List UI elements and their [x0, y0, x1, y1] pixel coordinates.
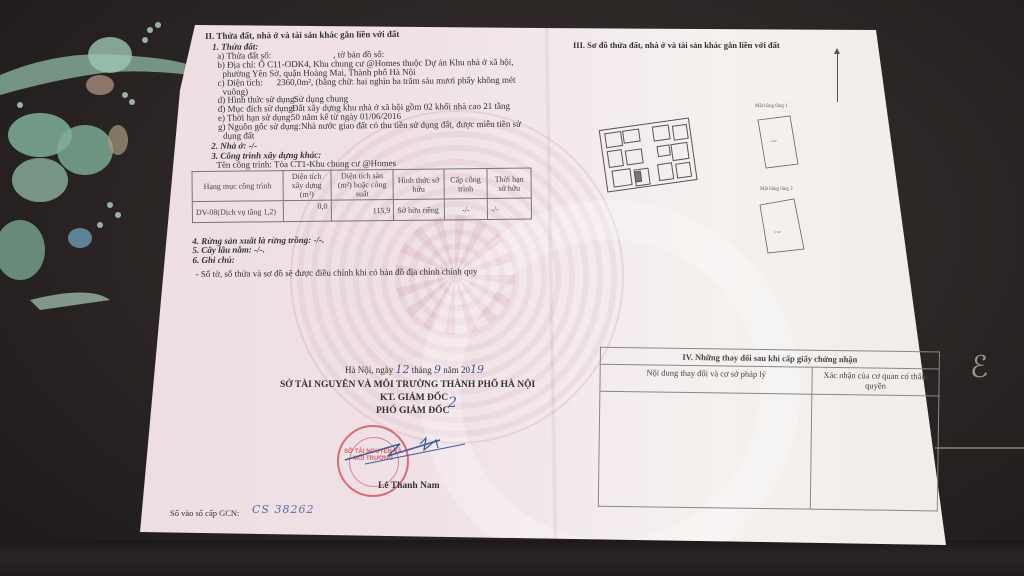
- signature: [340, 430, 470, 470]
- works-header-cell: Diện tích xây dựng (m²): [283, 170, 331, 201]
- changes-header-confirmation: Xác nhận của cơ quan có thẩm quyền: [812, 367, 939, 396]
- section-ii-title: II. Thửa đất, nhà ở và tài sản khác gắn …: [205, 29, 399, 41]
- works-cell: 0,0: [283, 200, 331, 222]
- north-arrow-icon: [837, 52, 838, 102]
- year-label: năm 20: [443, 365, 470, 375]
- works-table-header: Hạng mục công trình Diện tích xây dựng (…: [192, 168, 531, 202]
- building-floor-plan: [598, 112, 703, 197]
- changes-content-cell: [598, 391, 812, 509]
- signing-day: 12: [396, 363, 410, 376]
- works-cell: 115,9: [331, 199, 394, 221]
- signer-title: PHÓ GIÁM ĐỐC: [376, 406, 449, 416]
- issuing-authority: SỞ TÀI NGUYÊN VÀ MÔI TRƯỜNG THÀNH PHỐ HÀ…: [280, 380, 535, 390]
- works-header-cell: Hạng mục công trình: [192, 171, 283, 202]
- signing-year-suffix: 19: [470, 363, 484, 376]
- perennial-line: 5. Cây lâu năm: -/-.: [192, 244, 265, 255]
- table-ornament-icon: ℰ: [970, 350, 988, 385]
- works-table: Hạng mục công trình Diện tích xây dựng (…: [191, 168, 532, 224]
- notes-heading: 6. Ghi chú:: [192, 255, 234, 265]
- changes-table: IV. Những thay đổi sau khi cấp giấy chứn…: [598, 347, 940, 512]
- svg-text:2.4m²: 2.4m²: [770, 139, 777, 143]
- works-header-cell: Diện tích sàn (m²) hoặc công suất: [331, 169, 394, 200]
- plan-label-floor-1: Mặt bằng tầng 1: [755, 102, 788, 112]
- table-edge-line: [935, 447, 1024, 449]
- svg-text:2.5m²: 2.5m²: [774, 230, 781, 234]
- house-line: 2. Nhà ở: -/-: [211, 140, 257, 150]
- signer-name: Lê Thanh Nam: [378, 481, 440, 491]
- changes-confirmation-cell: [810, 394, 939, 511]
- works-cell: DV-08(Dịch vụ tầng 1,2): [192, 201, 283, 223]
- works-cell: -/-: [488, 198, 532, 219]
- month-label: tháng: [412, 365, 432, 375]
- floor-2-plan: 2.5m²: [752, 195, 807, 255]
- signing-month: 9: [434, 363, 441, 376]
- works-cell: Sở hữu riêng: [394, 199, 444, 221]
- changes-table-empty-row: [598, 391, 939, 511]
- register-number: CS 38262: [252, 505, 314, 515]
- register-label: Số vào sổ cấp GCN:: [170, 508, 239, 518]
- floor-1-plan: 2.4m²: [750, 112, 800, 172]
- works-header-cell: Thời hạn sở hữu: [487, 168, 531, 198]
- works-header-cell: Cấp công trình: [444, 168, 488, 198]
- land-item-value-cont: dụng đất: [223, 130, 254, 140]
- initial-mark: 2: [448, 398, 457, 408]
- signing-date: Hà Nội, ngày 12 tháng 9 năm 2019: [345, 365, 484, 375]
- plan-label-floor-2: Mặt bằng tầng 2: [760, 185, 793, 195]
- works-header-cell: Hình thức sở hữu: [393, 169, 443, 200]
- on-behalf-line: KT. GIÁM ĐỐC: [380, 393, 448, 403]
- work-name: Tên công trình: Tòa CT1-Khu chung cư @Ho…: [216, 158, 396, 170]
- works-cell: -/-: [444, 198, 488, 219]
- place-date-prefix: Hà Nội, ngày: [345, 365, 393, 375]
- table-row: DV-08(Dịch vụ tầng 1,2) 0,0 115,9 Sở hữu…: [192, 198, 531, 223]
- section-iii-title: III. Sơ đồ thửa đất, nhà ở và tài sản kh…: [573, 40, 780, 50]
- changes-header-content: Nội dung thay đổi và cơ sở pháp lý: [600, 364, 812, 394]
- table-surface-band: [0, 540, 1024, 576]
